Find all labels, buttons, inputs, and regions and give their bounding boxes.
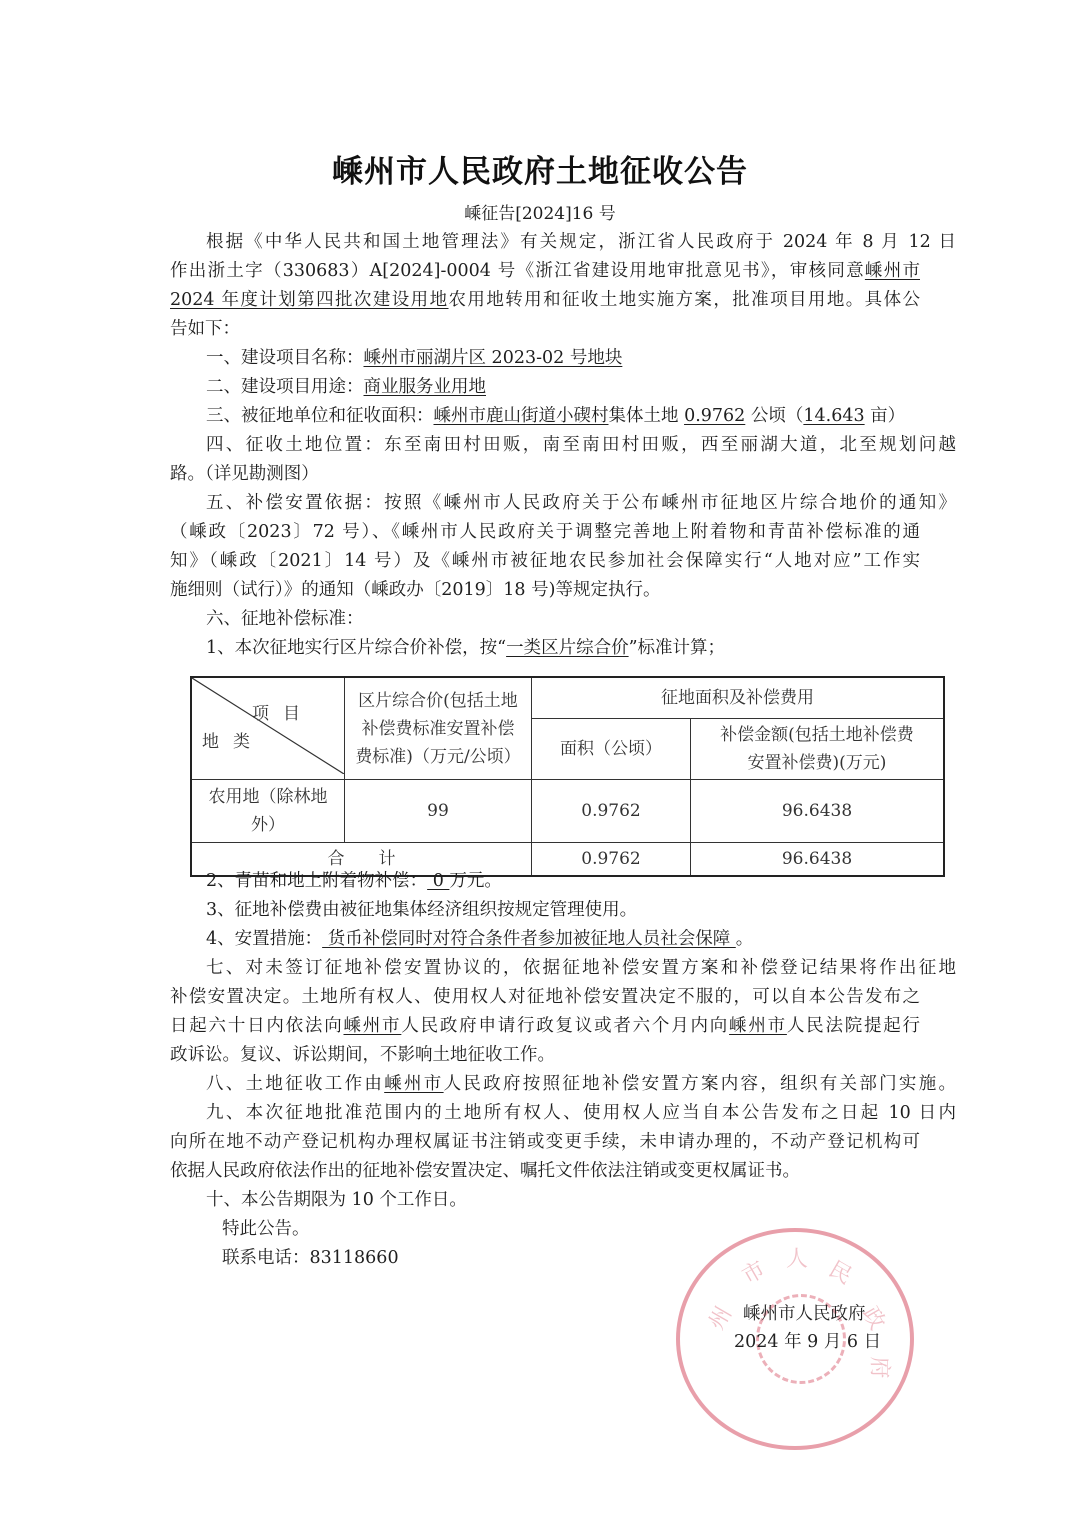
- cell-area: 0.9762: [532, 780, 691, 843]
- item-3-ha-unit: 公顷（: [745, 406, 803, 426]
- table-header-row: 项目 地类 区片综合价(包括土地 补偿费标准安置补偿 费标准)（万元/公顷） 征…: [191, 677, 944, 719]
- item-9-line-2: 向所在地不动产登记机构办理权属证书注销或变更手续，未申请办理的，不动产登记机构可: [170, 1128, 920, 1157]
- item-6-heading: 六、征地补偿标准：: [170, 605, 956, 634]
- item-2-label: 二、建设项目用途：: [206, 377, 364, 397]
- document-title: 嵊州市人民政府土地征收公告: [0, 146, 1080, 191]
- item-7-text: 日起六十日内依法向: [170, 1016, 344, 1036]
- item-9-line-3: 依据人民政府依法作出的征地补偿安置决定、嘱托文件依法注销或变更权属证书。: [170, 1157, 920, 1186]
- item-6-4-value: 货币补偿同时对符合条件者参加被征地人员社会保障: [322, 929, 736, 949]
- cell-land-type: 农用地（除林地 外）: [191, 780, 345, 843]
- header-price-line: 补偿费标准安置补偿: [349, 715, 527, 743]
- item-3-label: 三、被征地单位和征收面积：: [206, 406, 434, 426]
- city-name: 嵊州市: [729, 1016, 787, 1036]
- intro-line-3: 2024 年度计划第四批次建设用地农用地转用和征收土地实施方案，批准项目用地。具…: [170, 286, 920, 315]
- item-4-line-1: 四、征收土地位置：东至南田村田贩，南至南田村田贩，西至丽湖大道，北至规划问越: [170, 431, 956, 460]
- item-6-2: 2、青苗和地上附着物补偿： 0 万元。: [170, 867, 956, 896]
- item-8-text: 人民政府按照征地补偿安置方案内容，组织有关部门实施。: [444, 1074, 956, 1094]
- item-8: 八、土地征收工作由嵊州市人民政府按照征地补偿安置方案内容，组织有关部门实施。: [170, 1070, 956, 1099]
- item-6-2-value: 0: [427, 871, 449, 891]
- item-6-4-end: 。: [736, 929, 754, 949]
- seal-char: 府: [866, 1356, 897, 1378]
- item-3-unit: 嵊州市鹿山街道小碶村: [434, 406, 609, 426]
- item-3: 三、被征地单位和征收面积：嵊州市鹿山街道小碶村集体土地 0.9762 公顷（14…: [170, 402, 956, 431]
- intro-line-4: 告如下：: [170, 315, 920, 344]
- city-name: 嵊州市: [384, 1074, 443, 1094]
- land-type-line: 农用地（除林地: [196, 783, 340, 811]
- item-8-text: 八、土地征收工作由: [206, 1074, 384, 1094]
- header-price-line: 区片综合价(包括土地: [349, 687, 527, 715]
- item-6-3: 3、征地补偿费由被征地集体经济组织按规定管理使用。: [170, 896, 956, 925]
- item-2-value: 商业服务业用地: [364, 377, 487, 397]
- diagonal-header-cell: 项目 地类: [191, 677, 345, 780]
- item-6-4-label: 4、安置措施：: [206, 929, 322, 949]
- seal-char: 市: [736, 1253, 771, 1291]
- header-amount-line: 安置补偿费)(万元): [695, 749, 939, 777]
- header-area: 面积（公顷）: [532, 719, 691, 780]
- intro-line-1: 根据《中华人民共和国土地管理法》有关规定，浙江省人民政府于 2024 年 8 月…: [170, 228, 956, 257]
- item-6-1-text: 1、本次征地实行区片综合价补偿，按“: [206, 638, 506, 658]
- header-land-type: 地类: [202, 728, 264, 756]
- issuer-name: 嵊州市人民政府: [743, 1300, 866, 1325]
- intro-text: 作出浙土字（330683）A[2024]-0004 号《浙江省建设用地审批意见书…: [170, 261, 865, 281]
- item-6-1: 1、本次征地实行区片综合价补偿，按“一类区片综合价”标准计算；: [170, 634, 956, 663]
- item-5-line-4: 施细则（试行）》的通知（嵊政办〔2019〕18 号)等规定执行。: [170, 576, 920, 605]
- document-page: 嵊州市人民政府土地征收公告 嵊征告[2024]16 号 根据《中华人民共和国土地…: [0, 0, 1080, 1529]
- item-6-2-unit: 万元。: [449, 871, 502, 891]
- city-name: 嵊州市: [865, 261, 920, 281]
- batch-name: 2024 年度计划第四批次建设用地: [170, 290, 449, 310]
- item-3-mu-unit: 亩）: [865, 406, 906, 426]
- header-item: 项目: [252, 700, 314, 728]
- item-7-line-3: 日起六十日内依法向嵊州市人民政府申请行政复议或者六个月内向嵊州市人民法院提起行: [170, 1012, 920, 1041]
- item-7-line-4: 政诉讼。复议、诉讼期间，不影响土地征收工作。: [170, 1041, 920, 1070]
- item-7-text: 人民政府申请行政复议或者六个月内向: [401, 1016, 729, 1036]
- seal-char: 州: [700, 1300, 738, 1335]
- land-type-line: 外）: [196, 811, 340, 839]
- item-10: 十、本公告期限为 10 个工作日。: [170, 1186, 956, 1215]
- item-2: 二、建设项目用途：商业服务业用地: [170, 373, 956, 402]
- item-5-line-1: 五、补偿安置依据：按照《嵊州市人民政府关于公布嵊州市征地区片综合地价的通知》: [170, 489, 956, 518]
- issue-date: 2024 年 9 月 6 日: [734, 1328, 881, 1353]
- city-name: 嵊州市: [344, 1016, 402, 1036]
- item-5-line-3: 知》（嵊政〔2021〕14 号）及《嵊州市被征地农民参加社会保障实行“人地对应”…: [170, 547, 920, 576]
- item-1: 一、建设项目名称：嵊州市丽湖片区 2023-02 号地块: [170, 344, 956, 373]
- item-3-area-ha: 0.9762: [684, 406, 745, 426]
- compensation-table: 项目 地类 区片综合价(包括土地 补偿费标准安置补偿 费标准)（万元/公顷） 征…: [190, 676, 945, 877]
- item-7-text: 人民法院提起行: [787, 1016, 920, 1036]
- header-amount: 补偿金额(包括土地补偿费 安置补偿费)(万元): [691, 719, 945, 780]
- item-1-value: 嵊州市丽湖片区 2023-02 号地块: [364, 348, 623, 368]
- item-3-text: 集体土地: [609, 406, 685, 426]
- table-row: 农用地（除林地 外） 99 0.9762 96.6438: [191, 780, 944, 843]
- item-4-line-2: 路。（详见勘测图）: [170, 460, 920, 489]
- closing-text: 特此公告。: [170, 1215, 972, 1244]
- item-6-4: 4、安置措施： 货币补偿同时对符合条件者参加被征地人员社会保障 。: [170, 925, 956, 954]
- header-price: 区片综合价(包括土地 补偿费标准安置补偿 费标准)（万元/公顷）: [345, 677, 532, 780]
- item-7-line-1: 七、对未签订征地补偿安置协议的，依据征地补偿安置方案和补偿登记结果将作出征地: [170, 954, 956, 983]
- item-9-line-1: 九、本次征地批准范围内的土地所有权人、使用权人应当自本公告发布之日起 10 日内: [170, 1099, 956, 1128]
- header-amount-line: 补偿金额(包括土地补偿费: [695, 721, 939, 749]
- cell-amount: 96.6438: [691, 780, 945, 843]
- header-price-line: 费标准)（万元/公顷）: [349, 743, 527, 771]
- item-6-2-text: 2、青苗和地上附着物补偿：: [206, 871, 427, 891]
- seal-char: 人: [786, 1242, 808, 1273]
- seal-char: 民: [824, 1253, 859, 1291]
- header-group: 征地面积及补偿费用: [532, 677, 945, 719]
- item-6-1-text: ”标准计算；: [629, 638, 725, 658]
- item-6-1-standard: 一类区片综合价: [506, 638, 629, 658]
- item-3-area-mu: 14.643: [803, 406, 864, 426]
- intro-line-2: 作出浙土字（330683）A[2024]-0004 号《浙江省建设用地审批意见书…: [170, 257, 920, 286]
- intro-text: 农用地转用和征收土地实施方案，批准项目用地。具体公: [449, 290, 920, 310]
- document-number: 嵊征告[2024]16 号: [0, 199, 1080, 224]
- cell-price: 99: [345, 780, 532, 843]
- item-5-line-2: （嵊政〔2023〕72 号）、《嵊州市人民政府关于调整完善地上附着物和青苗补偿标…: [170, 518, 920, 547]
- item-7-line-2: 补偿安置决定。土地所有权人、使用权人对征地补偿安置决定不服的，可以自本公告发布之: [170, 983, 920, 1012]
- item-1-label: 一、建设项目名称：: [206, 348, 364, 368]
